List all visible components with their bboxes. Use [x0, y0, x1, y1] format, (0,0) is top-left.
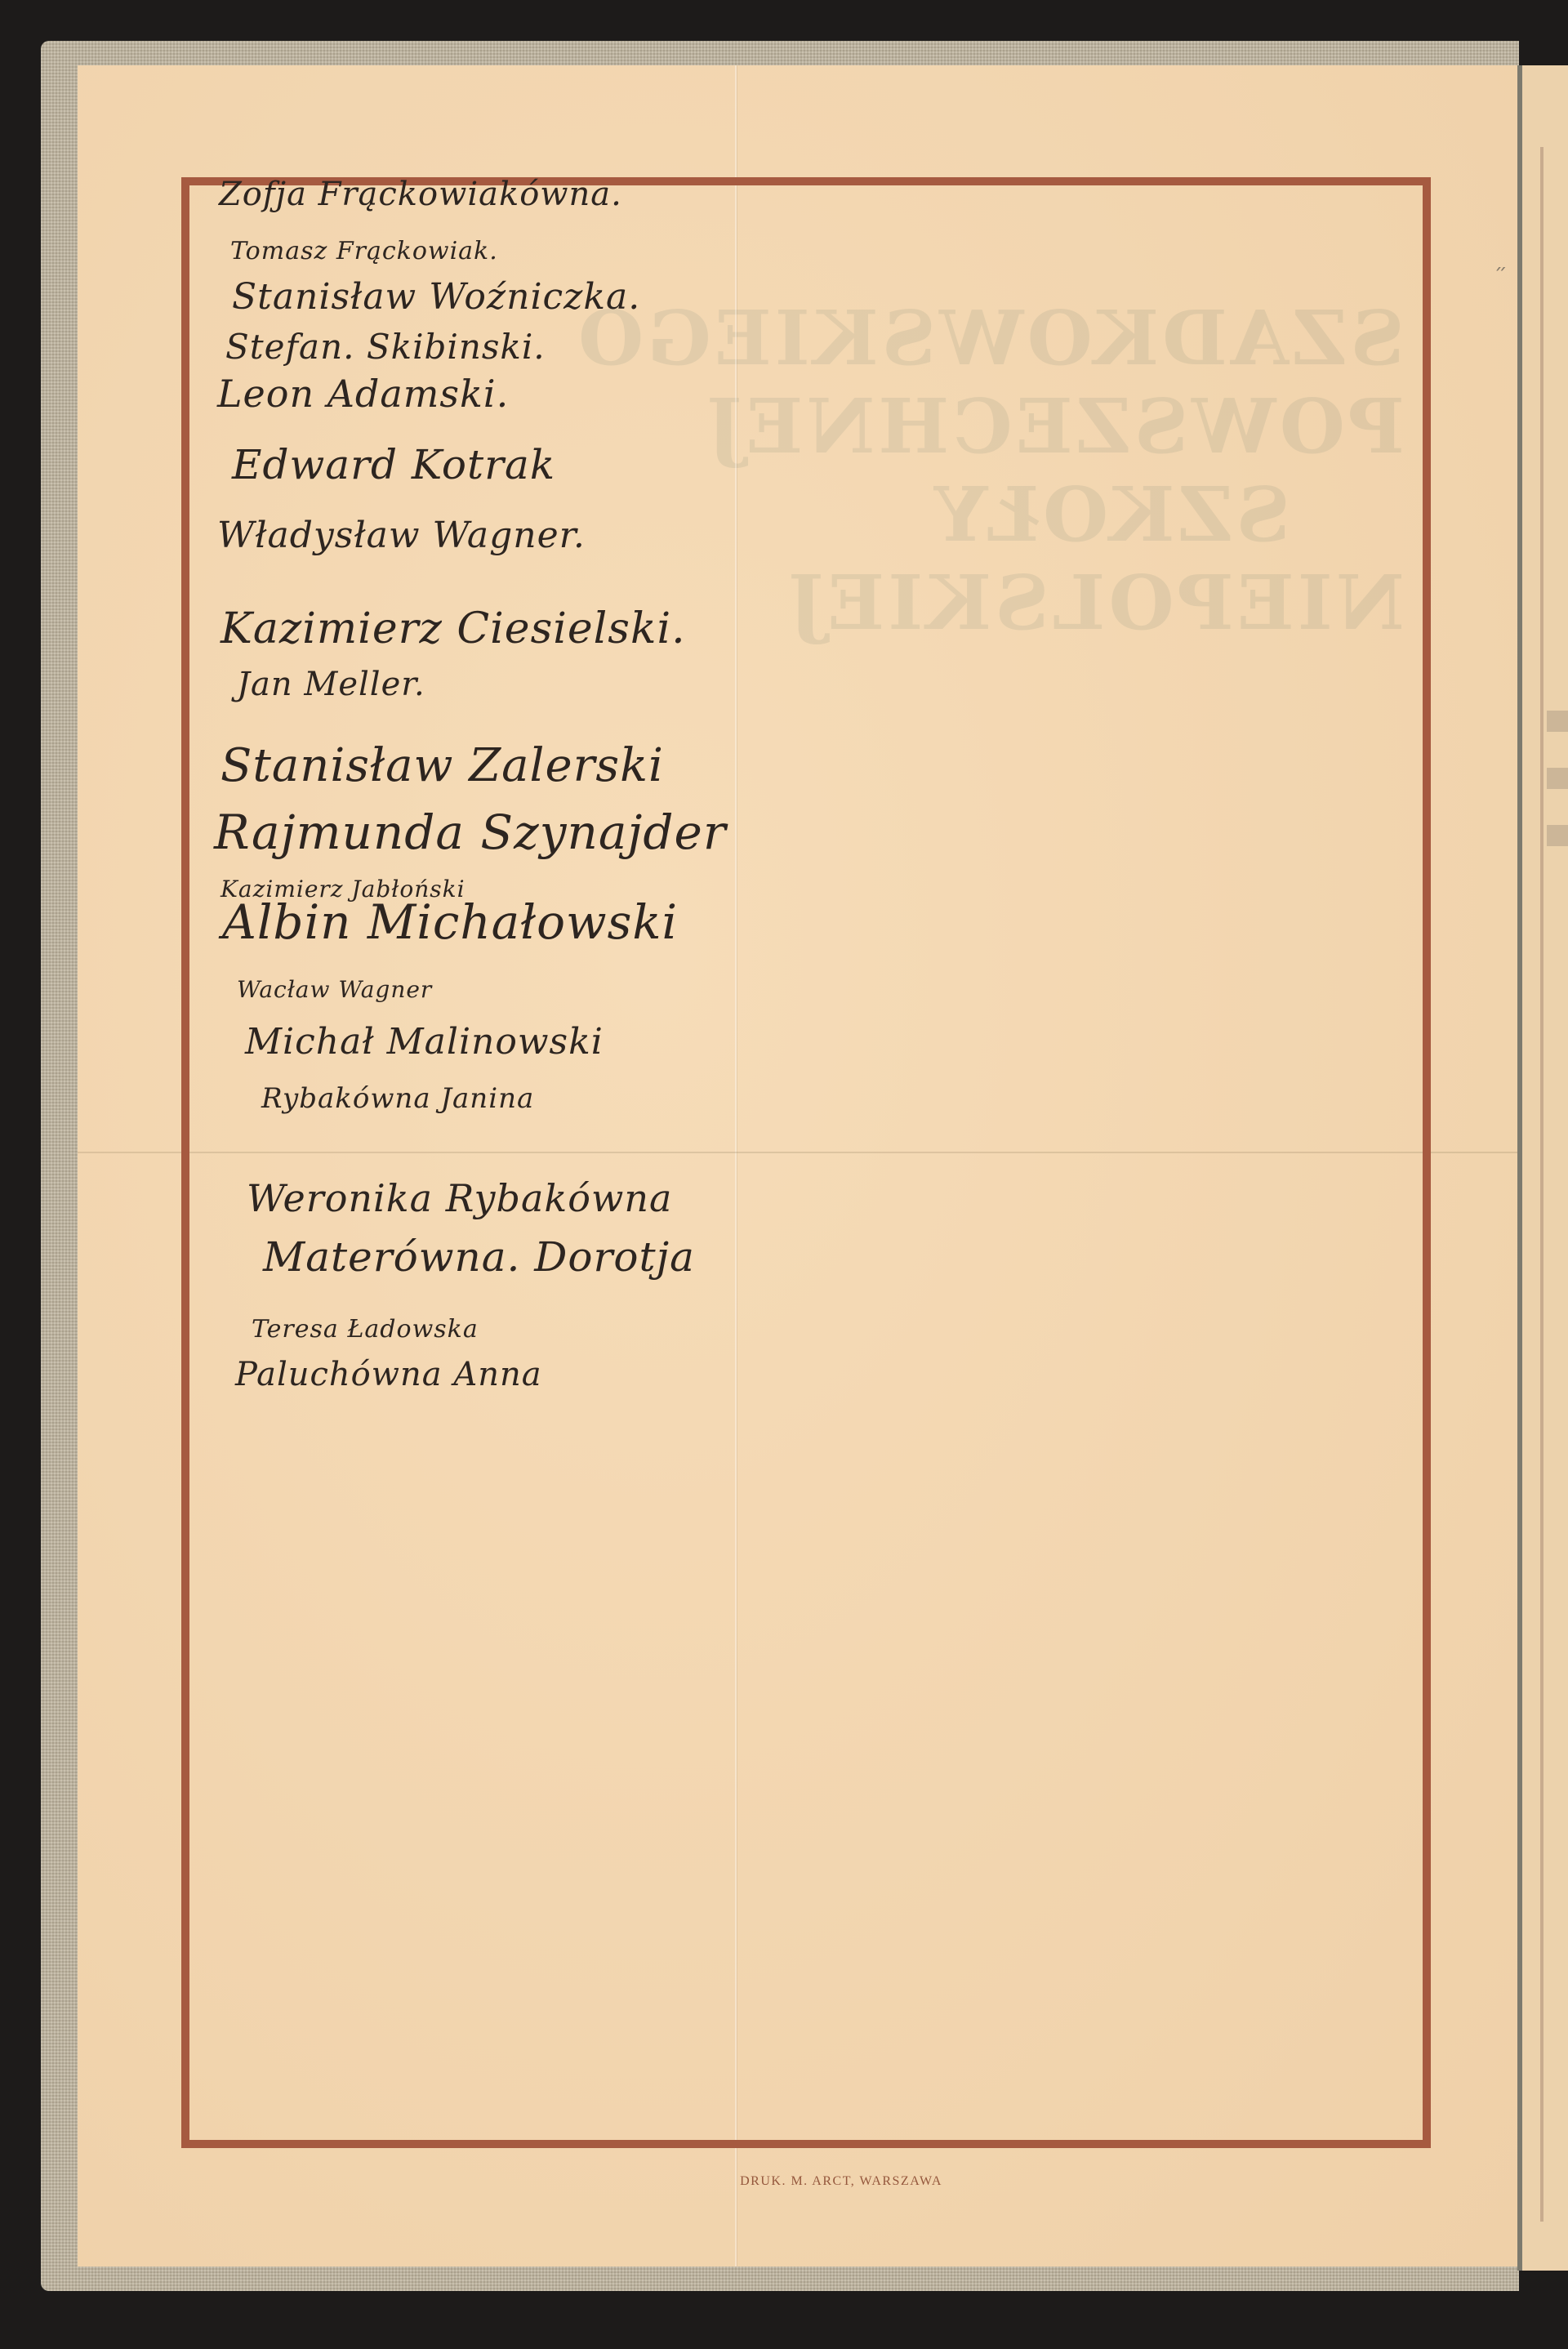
signature: Weronika Rybakówna [247, 1176, 672, 1220]
signature: Stanisław Zalerski [220, 739, 664, 792]
signature: Teresa Ładowska [252, 1315, 479, 1344]
signature: Stanisław Woźniczka. [232, 276, 640, 318]
signature: Władysław Wagner. [217, 515, 586, 556]
printer-imprint: DRUK. M. ARCT, WARSZAWA [686, 2174, 996, 2189]
signature: Stefan. Skibinski. [225, 327, 546, 367]
signature: Albin Michałowski [222, 894, 678, 950]
signature: Edward Kotrak [232, 441, 555, 488]
signature: Michał Malinowski [245, 1021, 604, 1063]
facing-page-frame [1540, 147, 1568, 2222]
facing-page-label-box [1547, 711, 1568, 732]
signature: Tomasz Frąckowiak. [230, 237, 498, 265]
facing-page-edge [1517, 65, 1568, 2271]
signature: Rajmunda Szynajder [214, 805, 727, 860]
signature: Paluchówna Anna [235, 1356, 542, 1393]
signature: Materówna. Dorotja [263, 1233, 695, 1281]
signature: Zofja Frąckowiakówna. [219, 176, 622, 213]
signature: Wacław Wagner [237, 976, 432, 1003]
facing-page-label-box [1547, 825, 1568, 846]
signature: Leon Adamski. [217, 372, 509, 416]
signature: Jan Meller. [237, 666, 425, 703]
signature: Kazimierz Ciesielski. [220, 604, 686, 653]
pencil-mark: ״ [1494, 260, 1507, 283]
signature: Rybakówna Janina [261, 1082, 534, 1115]
facing-page-label-box [1547, 768, 1568, 789]
